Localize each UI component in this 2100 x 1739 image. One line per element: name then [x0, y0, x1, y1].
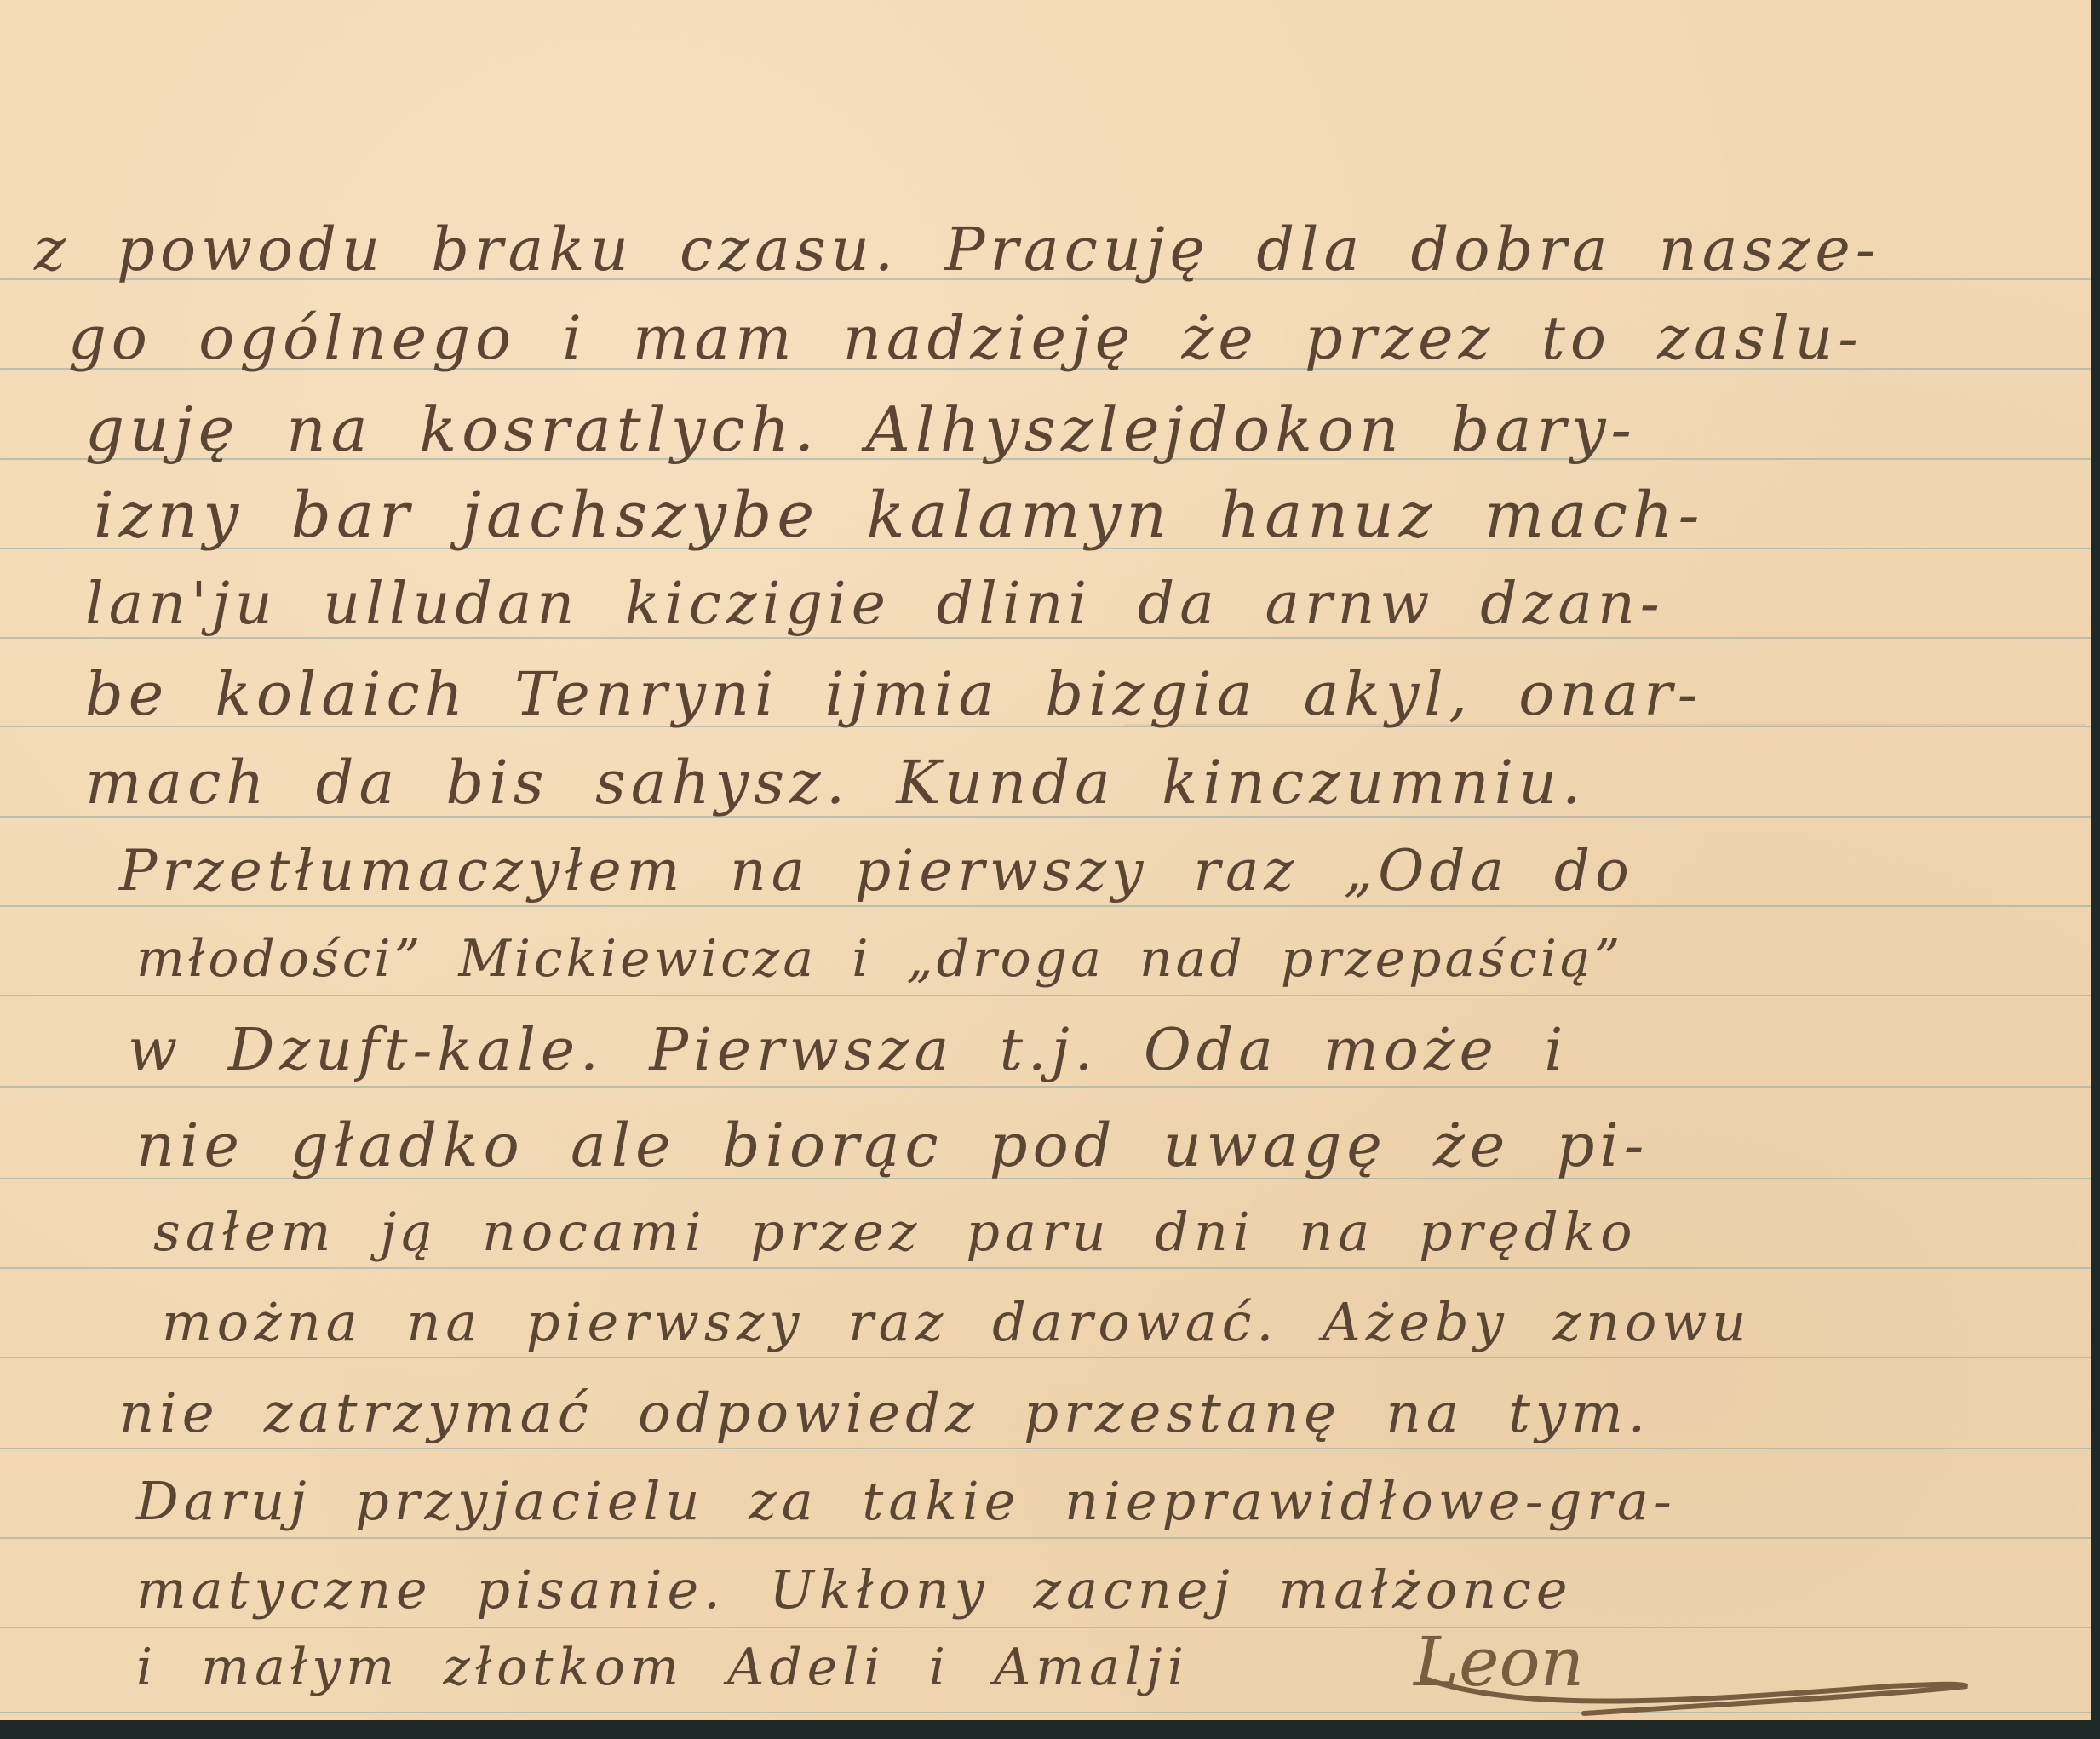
ruled-line [0, 995, 2091, 996]
letter-line-17: i małym złotkom Adeli i Amalji [136, 1642, 1189, 1693]
letter-line-16: matyczne pisanie. Ukłony zacnej małżonce [136, 1564, 1573, 1616]
letter-page: z powodu braku czasu. Pracuję dla dobra … [0, 0, 2091, 1720]
letter-line-1: z powodu braku czasu. Pracuję dla dobra … [34, 220, 1880, 279]
letter-line-7: mach da bis sahysz. Kunda kinczumniu. [85, 753, 1586, 812]
letter-line-4: izny bar jachszybe kalamyn hanuz mach- [94, 484, 1705, 547]
letter-line-8: Przetłumaczyłem na pierwszy raz „Oda do [119, 843, 1634, 899]
ruled-line [0, 1627, 2091, 1628]
ruled-line [0, 1086, 2091, 1088]
ruled-line [0, 1357, 2091, 1358]
letter-line-6: be kolaich Tenryni ijmia bizgia akyl, on… [85, 664, 1702, 724]
letter-line-5: lan'ju ulludan kiczigie dlini da arnw dz… [85, 576, 1665, 634]
ruled-line [0, 1537, 2091, 1539]
letter-line-2: go ogólnego i mam nadzieję że przez to z… [68, 308, 1863, 368]
letter-line-14: nie zatrzymać odpowiedz przestanę na tym… [119, 1386, 1650, 1441]
letter-line-11: nie gładko ale biorąc pod uwagę że pi- [136, 1116, 1649, 1175]
ruled-line [0, 1448, 2091, 1449]
ruled-line [0, 1267, 2091, 1269]
letter-line-13: można na pierwszy raz darować. Ażeby zno… [162, 1296, 1751, 1349]
ruled-line [0, 905, 2091, 907]
letter-line-15: Daruj przyjacielu za takie nieprawidłowe… [136, 1475, 1677, 1528]
letter-line-9: młodości” Mickiewicza i „droga nad przep… [136, 933, 1623, 984]
signature-flourish-icon [1414, 1661, 1993, 1720]
letter-line-10: w Dzuft-kale. Pierwsza t.j. Oda może i [128, 1022, 1568, 1080]
letter-line-12: sałem ją nocami przez paru dni na prędko [153, 1206, 1638, 1259]
letter-line-3: guję na kosratlych. Alhyszlejdokon bary- [85, 399, 1637, 460]
